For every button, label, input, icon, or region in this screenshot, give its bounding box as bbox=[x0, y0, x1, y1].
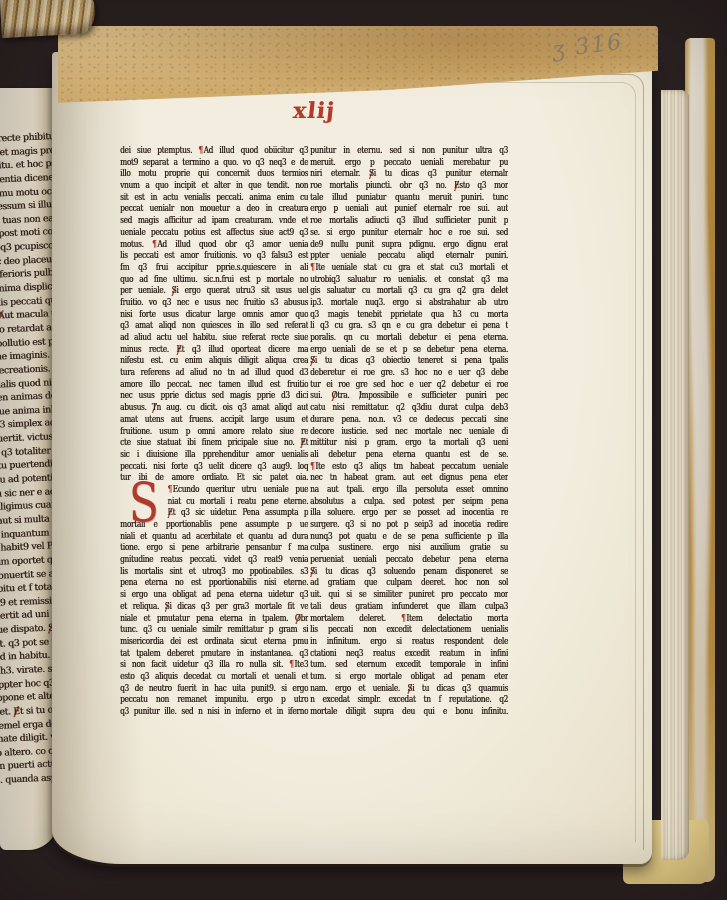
pilcrow-mark: ¶ bbox=[401, 614, 406, 624]
text-line: deberetur ei roe gre. s3 hoc no e uer q3… bbox=[310, 368, 508, 380]
lombard-initial: S bbox=[120, 480, 167, 526]
rubricated-capital: I bbox=[359, 391, 362, 401]
text-line: abusus. Tn aug. cu dicit. ois q3 amat al… bbox=[120, 403, 308, 415]
text-line: tura referens ad aliud no tn ad illud qu… bbox=[120, 368, 308, 380]
text-line: ueniale peccatu potius est affectus siue… bbox=[120, 228, 308, 240]
text-line: peccat uenialr non mouetur a deo in crea… bbox=[120, 204, 308, 216]
pilcrow-mark: ¶ bbox=[167, 485, 172, 495]
text-line: per ueniale. Si ergo querat utru3 sit us… bbox=[120, 286, 308, 298]
text-line: li q3 cu gra. s3 qn e cu gra debetur ei … bbox=[310, 321, 508, 333]
rubricated-capital: E bbox=[300, 438, 305, 448]
text-line: nam. ergo et ueniale. Si tu dicas q3 qua… bbox=[310, 684, 508, 696]
text-line: tunc. q3 cu ueniale similr remittatur p … bbox=[120, 625, 308, 637]
text-line: se. si ergo punitur eternalr hoc e roe s… bbox=[310, 228, 508, 240]
text-line: ¶Ite ueniale stat cu gra et stat cu3 mor… bbox=[310, 263, 508, 275]
rubricated-capital: S bbox=[369, 169, 374, 179]
text-line: tum. sed eternum excedit temporale in in… bbox=[310, 660, 508, 672]
text-line: durare pena. no.n. v3 ce dedecus peccati… bbox=[310, 415, 508, 427]
text-line: dei siue ptemptus. ¶Ad illud quod obiici… bbox=[120, 146, 308, 158]
text-line: amat utens aut fruens. accipit large usu… bbox=[120, 415, 308, 427]
rubricated-capital: S bbox=[407, 684, 412, 694]
text-line: decore iusticie. sed nec mortale nec uen… bbox=[310, 427, 508, 439]
text-line: nunq3 pot quatu e de se pena sufficiente… bbox=[310, 532, 508, 544]
sewn-headband bbox=[0, 0, 96, 38]
text-line: nisi forte usus dicatur large omnis amor… bbox=[120, 310, 308, 322]
text-line: tur ei roe gre sed hoc e uer q2 debetur … bbox=[310, 380, 508, 392]
text-line: ad aliud actu uel habitu. siue referat r… bbox=[120, 333, 308, 345]
rubricated-capital: E bbox=[176, 345, 181, 355]
rubricated-capital: E bbox=[454, 181, 459, 191]
text-line: ergo p ueniali aut punief eternalr roe s… bbox=[310, 204, 508, 216]
facing-page-gutter-strip: t directe phibitunexu. et magis proprohi… bbox=[0, 88, 58, 850]
page-edges-stack bbox=[661, 90, 689, 860]
text-line: roe mortalis piuncti. obr q3 no. Esto q3… bbox=[310, 181, 508, 193]
pilcrow-mark: ¶ bbox=[310, 263, 315, 273]
text-line: roe mortalis adiucti q3 illud sufficiete… bbox=[310, 216, 508, 228]
text-line: illo motu proprie qui concernit duos ter… bbox=[120, 169, 308, 181]
text-line: q3 magis tenebit pprietate qua h3 cu mor… bbox=[310, 310, 508, 322]
text-line: s. quanda aspnatoe bbox=[0, 771, 58, 793]
text-line: ctationi neq3 reatus excedit reatum in i… bbox=[310, 649, 508, 661]
text-line: nec tn habeat gram. aut eet dignus pena … bbox=[310, 473, 508, 485]
pilcrow-mark: ¶ bbox=[310, 462, 315, 472]
text-line: surgere. q3 si no pot p seip3 ad inoceti… bbox=[310, 520, 508, 532]
text-line: sit est in actu venialis peccati. anima … bbox=[120, 193, 308, 205]
text-line: meruit. ergo p peccato ueniali merebatur… bbox=[310, 158, 508, 170]
text-line: q3 de neutro fuerit in hac uita punit9. … bbox=[120, 684, 308, 696]
text-line: n excedat simplr. excedat tn f reputatio… bbox=[310, 695, 508, 707]
manuscript-page: xlij dei siue ptemptus. ¶Ad illud quod o… bbox=[52, 52, 652, 864]
text-line: cte siue statuat ibi finem pricipale siu… bbox=[120, 438, 308, 450]
text-line: gnitudine reatus peccati. videt q3 reat9… bbox=[120, 555, 308, 567]
rubricated-capital: O bbox=[331, 391, 337, 401]
text-line: ergo ueniali de se et p se debetur pena … bbox=[310, 345, 508, 357]
text-line: peccatu non remanet impunitu. ergo p utr… bbox=[120, 695, 308, 707]
text-line: lis peccati non excedit delectationem ue… bbox=[310, 625, 508, 637]
text-line: pena eterna no est pportionabilis nisi e… bbox=[120, 578, 308, 590]
text-line: absolutus a culpa. sed potest per seipm … bbox=[310, 497, 508, 509]
text-line: tali deus gratiam infunderet que illam c… bbox=[310, 602, 508, 614]
text-line: perueniat ueniali peccato debetur pena e… bbox=[310, 555, 508, 567]
text-line: tione. ergo si pene arbitrarie pensantur… bbox=[120, 543, 308, 555]
text-line: na aut tpali. ergo illa persoluta esset … bbox=[310, 485, 508, 497]
rubricated-capital: S bbox=[171, 286, 176, 296]
text-line: in infinitum. ergo si reatus respondent … bbox=[310, 637, 508, 649]
text-line: ppter ueniale peccatu aliqd eternalr pun… bbox=[310, 251, 508, 263]
text-line: Si tu dicas q3 obiectio teneret si pena … bbox=[310, 356, 508, 368]
text-line: vnum a quo incipit et alter in que tendi… bbox=[120, 181, 308, 193]
text-line: quo ad fine ultimu. sic.n.frui est p mor… bbox=[120, 275, 308, 287]
text-line: mittitur nisi p gram. ergo ta mortali q3… bbox=[310, 438, 508, 450]
text-line: uit. qui si se similiter puniret pro pec… bbox=[310, 590, 508, 602]
text-line: q3 amat aliqd non quiesces in illo sed r… bbox=[120, 321, 308, 333]
text-line: niri eternalr. Si tu dicas q3 punitur et… bbox=[310, 169, 508, 181]
text-line: mot9 separat a termino a quo. vo q3 neq3… bbox=[120, 158, 308, 170]
text-line: fruitio. vo q3 nec e usus nec fruitio s3… bbox=[120, 298, 308, 310]
rubricated-capital: S bbox=[310, 356, 315, 366]
text-line: misericordia dei est ordinata sicut eter… bbox=[120, 637, 308, 649]
text-line: mortale diligit supra deu qui e bonu inf… bbox=[310, 707, 508, 719]
text-line: q3 punitur ille. sed n nisi in inferno e… bbox=[120, 707, 308, 719]
text-line: Si tu dicas q3 soluendo penam disponeret… bbox=[310, 567, 508, 579]
text-line: culpa sustinere. ergo nisi auxilium grat… bbox=[310, 543, 508, 555]
text-line: amore illo peccat. nec tamen illud est f… bbox=[120, 380, 308, 392]
text-line: esto q3 aliquis decedat cu mortali et ue… bbox=[120, 672, 308, 684]
text-line: de9 nullu punit supra pdignu. ergo dignu… bbox=[310, 240, 508, 252]
text-line: nec usus pprie dictus sed magis pprie d3… bbox=[120, 391, 308, 403]
text-line: lis peccati est amor fruitionis. vo q3 f… bbox=[120, 251, 308, 263]
rubricated-capital: S bbox=[310, 567, 315, 577]
vellum-fore-edge bbox=[685, 38, 715, 882]
text-line: sed magis afficitur ad ipam creaturam. v… bbox=[120, 216, 308, 228]
text-line: tum. si ergo mortale obligat ad penam et… bbox=[310, 672, 508, 684]
text-line: motus. ¶Ad illud quod obr q3 amor uenia bbox=[120, 240, 308, 252]
rubricated-capital: T bbox=[152, 403, 157, 413]
book-photograph: t directe phibitunexu. et magis proprohi… bbox=[0, 0, 727, 900]
text-line: fm q3 frui accipitur pprie.s.quiescere i… bbox=[120, 263, 308, 275]
text-line: lis mortalis sint et utroq3 mo ppotioabi… bbox=[120, 567, 308, 579]
text-line: et reliqua. Si dicas q3 per gra3 mortale… bbox=[120, 602, 308, 614]
text-line: si ergo una obligat ad pena eterna uidet… bbox=[120, 590, 308, 602]
facing-page-text: t directe phibitunexu. et magis proprohi… bbox=[0, 130, 58, 793]
text-line: catu nisi remittatur. q2 q3diu durat cul… bbox=[310, 403, 508, 415]
rubricated-capital: E bbox=[167, 508, 172, 518]
text-line: gis saluatur cu mortali q3 cu gra q2 gra… bbox=[310, 286, 508, 298]
text-line: si non facit uidetur q3 illa ro nulla si… bbox=[120, 660, 308, 672]
text-line: poralis. qn cu mortali debetur ei pena e… bbox=[310, 333, 508, 345]
text-line: mortalem deleret. ¶Item delectatio morta bbox=[310, 614, 508, 626]
rubricated-capital: S bbox=[165, 602, 170, 612]
text-line: ad gratiam que culpam deeret. hoc non so… bbox=[310, 578, 508, 590]
rubricated-capital: A bbox=[0, 311, 4, 322]
pilcrow-mark: ¶ bbox=[289, 660, 294, 670]
text-line: ip3. mortale nuq3. ergo si abstrahatur a… bbox=[310, 298, 508, 310]
text-line: fruitione. usum p omni amore relato siue… bbox=[120, 427, 308, 439]
text-line: utrobiq3 saluatur ro uenialis. et consta… bbox=[310, 275, 508, 287]
text-line: tat tpalem deberet pmutare in instantane… bbox=[120, 649, 308, 661]
text-line: nifestu est. cu enim aliquis diligit ali… bbox=[120, 356, 308, 368]
text-line: ali debetur pena eterna quantu est de se… bbox=[310, 450, 508, 462]
text-line: minus recte. Et q3 illud oporteat dicere… bbox=[120, 345, 308, 357]
text-line: ¶Ite esto q3 aliqs tm habeat peccatum ue… bbox=[310, 462, 508, 474]
text-line: punitur in eternu. sed si non punitur ul… bbox=[310, 146, 508, 158]
text-line: sic i diuisione illa pprehenditur amor u… bbox=[120, 450, 308, 462]
folio-number: xlij bbox=[273, 98, 356, 124]
rubricated-capital: E bbox=[13, 706, 20, 717]
right-column: punitur in eternu. sed si non punitur ul… bbox=[310, 146, 508, 719]
pilcrow-mark: ¶ bbox=[198, 146, 203, 156]
text-line: sui. Otra. Impossibile e sufficieter pun… bbox=[310, 391, 508, 403]
text-line: tale illud puniatur quantu meruit puniri… bbox=[310, 193, 508, 205]
text-line: niale et pmutatur pena eterna in tpalem.… bbox=[120, 614, 308, 626]
pilcrow-mark: ¶ bbox=[152, 240, 157, 250]
left-column: dei siue ptemptus. ¶Ad illud quod obiici… bbox=[120, 146, 308, 719]
rubricated-capital: O bbox=[295, 614, 301, 624]
text-line: illa soluere. ergo per se posset ad inoc… bbox=[310, 508, 508, 520]
